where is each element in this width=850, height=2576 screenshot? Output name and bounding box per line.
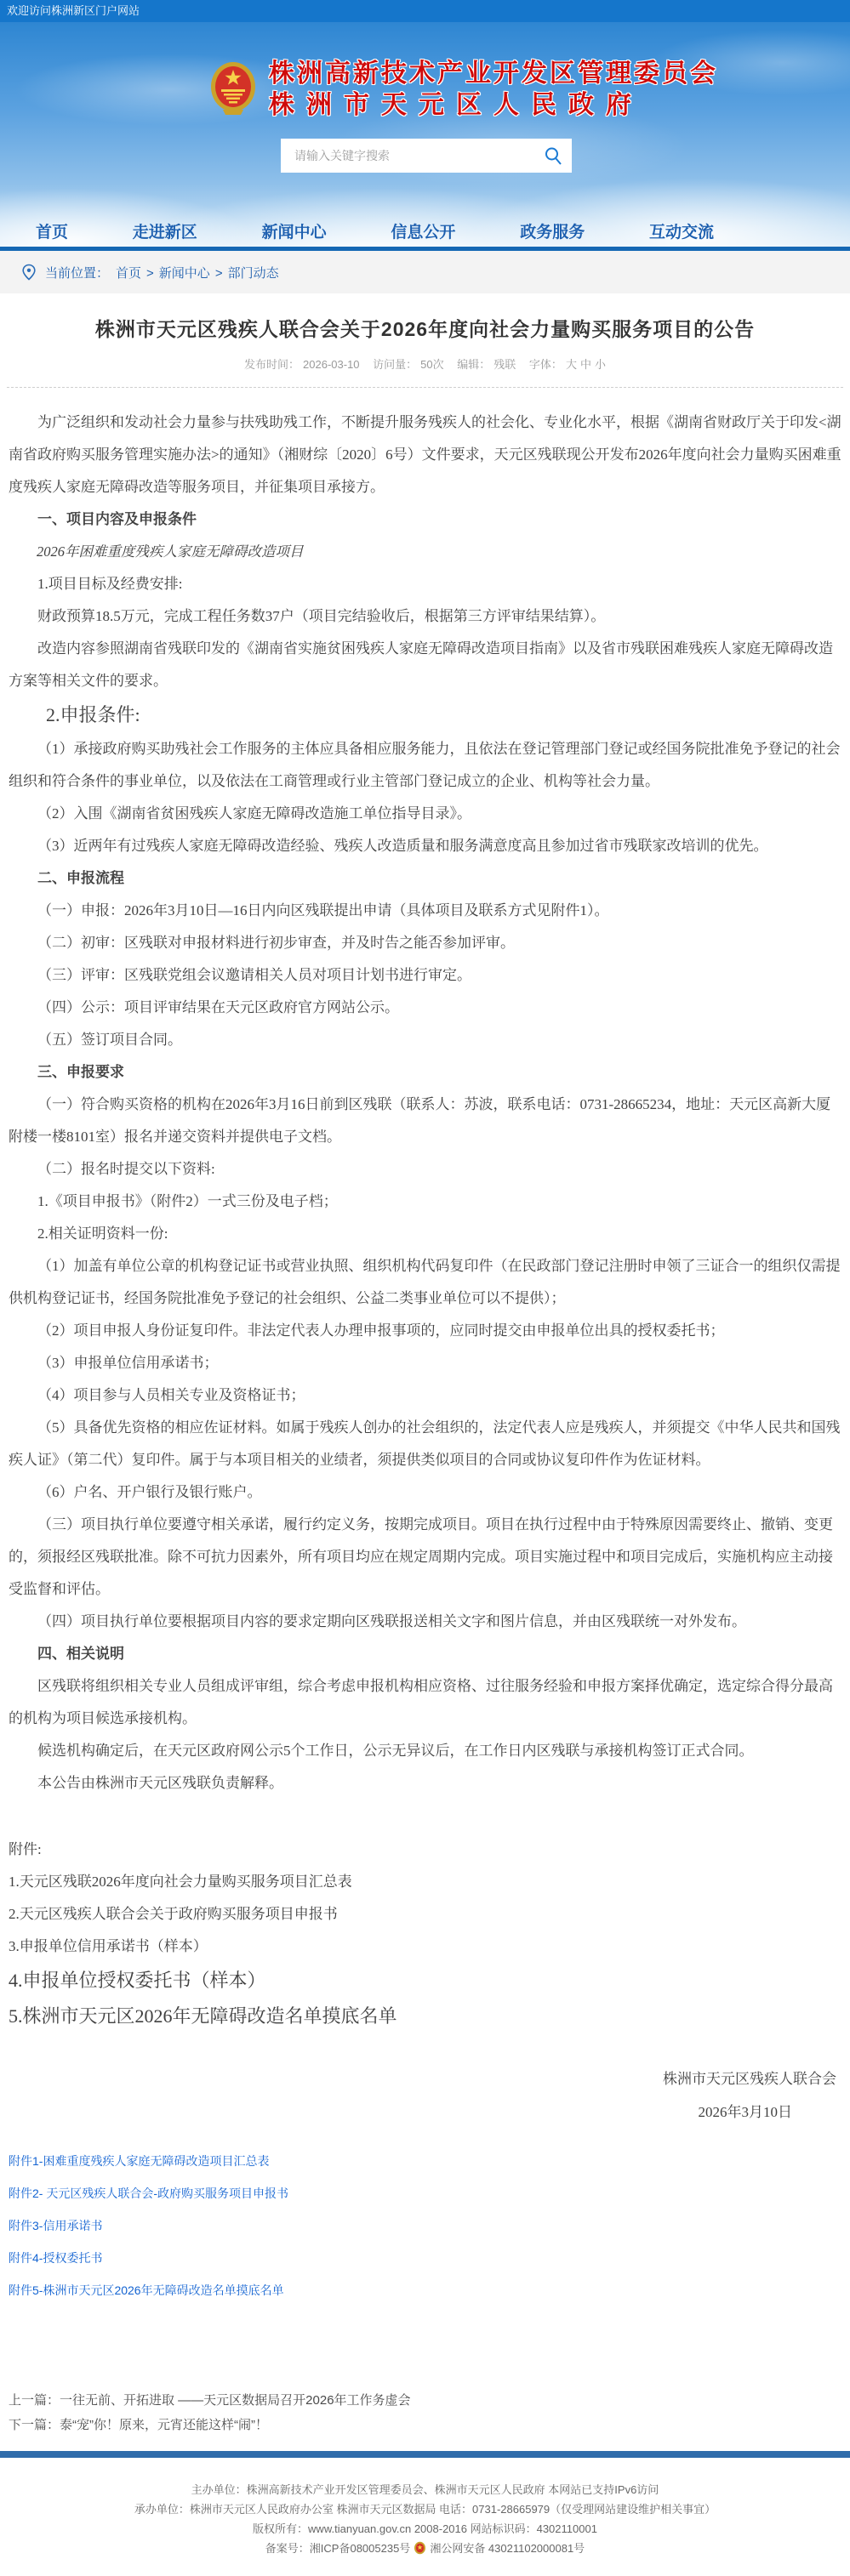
publish-date: 2026-03-10 — [303, 358, 360, 371]
attachment-link[interactable]: 附件4-授权委托书 — [9, 2242, 841, 2274]
article-paragraph: 为广泛组织和发动社会力量参与扶残助残工作，不断提升服务残疾人的社会化、专业化水平… — [9, 407, 841, 503]
editor-value: 残联 — [493, 358, 516, 371]
article-paragraph: 改造内容参照湖南省残联印发的《湖南省实施贫困残疾人家庭无障碍改造项目指南》以及省… — [9, 633, 841, 697]
visits-label: 访问量： — [373, 358, 417, 371]
article-paragraph: 区残联将组织相关专业人员组成评审组，综合考虑申报机构相应资格、过往服务经验和申报… — [9, 1670, 841, 1735]
prev-article-link[interactable]: 一往无前、开拓进取 ——天元区数据局召开2026年工作务虚会 — [60, 2393, 411, 2408]
site-title-line1: 株洲高新技术产业开发区管理委员会 — [269, 58, 718, 89]
nav-item[interactable]: 走进新区 — [133, 219, 197, 242]
article-paragraph: 2.申报条件: — [9, 697, 841, 733]
article-paragraph: 三、申报要求 — [9, 1056, 841, 1089]
nav-item[interactable]: 首页 — [36, 219, 68, 242]
footer-icp-line: 备案号：湘ICP备08005235号 湘公网安备 43021102000081号 — [0, 2539, 850, 2561]
nav-item[interactable]: 政务服务 — [520, 219, 585, 242]
attachment-item: 3.申报单位信用承诺书（样本） — [9, 1931, 841, 1963]
article-paragraph: （6）户名、开户银行及银行账户。 — [9, 1476, 841, 1509]
police-badge-icon — [414, 2541, 426, 2561]
location-pin-icon — [21, 264, 37, 281]
search-icon[interactable] — [543, 145, 563, 166]
attachment-links: 附件1-困难重度残疾人家庭无障碍改造项目汇总表附件2- 天元区残疾人联合会-政府… — [9, 2145, 841, 2306]
site-title-line2: 株洲市天元区人民政府 — [269, 89, 718, 121]
icp-number: 备案号：湘ICP备08005235号 — [265, 2542, 411, 2555]
article-paragraph: （5）具备优先资格的相应佐证材料。如属于残疾人创办的社会组织的，法定代表人应是残… — [9, 1412, 841, 1476]
breadcrumb-link[interactable]: 新闻中心 — [159, 266, 210, 281]
top-welcome-bar: 欢迎访问株洲新区门户网站 — [0, 0, 850, 22]
main-nav: 首页走进新区新闻中心信息公开政务服务互动交流 — [36, 219, 714, 242]
article-body-wrap: 为广泛组织和发动社会力量参与扶残助残工作，不断提升服务残疾人的社会化、专业化水平… — [0, 388, 850, 2437]
breadcrumb: 当前位置： 首页>新闻中心>部门动态 — [0, 251, 850, 293]
article-paragraph: （三）评审：区残联党组会议邀请相关人员对项目计划书进行审定。 — [9, 959, 841, 992]
prev-article-row: 上一篇：一往无前、开拓进取 ——天元区数据局召开2026年工作务虚会 — [9, 2388, 841, 2413]
attachment-item: 5.株洲市天元区2026年无障碍改造名单摸底名单 — [9, 1999, 841, 2034]
security-record-number: 湘公网安备 43021102000081号 — [430, 2542, 585, 2555]
article-meta: 发布时间：2026-03-10 访问量：50次 编辑：残联 字体：大中小 — [0, 355, 850, 372]
attachment-item: 1.天元区残联2026年度向社会力量购买服务项目汇总表 — [9, 1866, 841, 1898]
search-box — [281, 139, 572, 173]
breadcrumb-links: 首页>新闻中心>部门动态 — [116, 264, 279, 281]
article-paragraph: （二）报名时提交以下资料: — [9, 1153, 841, 1186]
font-size-small[interactable]: 小 — [595, 358, 606, 371]
nav-item[interactable]: 信息公开 — [391, 219, 455, 242]
nav-item[interactable]: 互动交流 — [649, 219, 714, 242]
national-emblem-icon — [209, 61, 257, 117]
breadcrumb-separator: > — [215, 266, 223, 281]
signature-date: 2026年3月10日 — [9, 2095, 841, 2130]
footer-lines: 主办单位：株洲高新技术产业开发区管理委员会、株洲市天元区人民政府 本网站已支持I… — [0, 2480, 850, 2539]
article-paragraph: （3）近两年有过残疾人家庭无障碍改造经验、残疾人改造质量和服务满意度高且参加过省… — [9, 830, 841, 862]
signature-org: 株洲市天元区残疾人联合会 — [9, 2063, 841, 2095]
article-head: 株洲市天元区残疾人联合会关于2026年度向社会力量购买服务项目的公告 发布时间：… — [0, 293, 850, 388]
breadcrumb-separator: > — [146, 266, 154, 281]
next-article-row: 下一篇：泰“宠”你！原来，元宵还能这样“闹”！ — [9, 2413, 841, 2437]
article-paragraph: 财政预算18.5万元，完成工程任务数37户（项目完结验收后，根据第三方评审结果结… — [9, 600, 841, 633]
prev-label: 上一篇： — [9, 2393, 60, 2408]
breadcrumb-link[interactable]: 首页 — [116, 266, 141, 281]
article-body: 为广泛组织和发动社会力量参与扶残助残工作，不断提升服务残疾人的社会化、专业化水平… — [9, 407, 841, 1800]
article-paragraph: （一）符合购买资格的机构在2026年3月16日前到区残联（联系人：苏波，联系电话… — [9, 1089, 841, 1153]
publish-label: 发布时间： — [244, 358, 299, 371]
article-paragraph: （一）申报：2026年3月10日—16日内向区残联提出申请（具体项目及联系方式见… — [9, 895, 841, 927]
page-title: 株洲市天元区残疾人联合会关于2026年度向社会力量购买服务项目的公告 — [0, 314, 850, 342]
attachment-item: 4.申报单位授权委托书（样本） — [9, 1963, 841, 1999]
article-paragraph: 1.《项目申报书》（附件2）一式三份及电子档； — [9, 1186, 841, 1218]
attachments-block: 附件: 1.天元区残联2026年度向社会力量购买服务项目汇总表2.天元区残疾人联… — [9, 1834, 841, 2034]
search-input[interactable] — [293, 148, 543, 163]
attachment-link[interactable]: 附件5-株洲市天元区2026年无障碍改造名单摸底名单 — [9, 2274, 841, 2306]
breadcrumb-link[interactable]: 部门动态 — [228, 266, 279, 281]
prev-next-block: 上一篇：一往无前、开拓进取 ——天元区数据局召开2026年工作务虚会 下一篇：泰… — [9, 2388, 841, 2437]
site-header-banner: 株洲高新技术产业开发区管理委员会 株洲市天元区人民政府 首页走进新区新闻中心信息… — [0, 22, 850, 247]
breadcrumb-label: 当前位置： — [45, 264, 109, 281]
signature-block: 株洲市天元区残疾人联合会 2026年3月10日 — [9, 2063, 841, 2130]
attachments-list: 1.天元区残联2026年度向社会力量购买服务项目汇总表2.天元区残疾人联合会关于… — [9, 1866, 841, 2034]
font-label: 字体： — [529, 358, 562, 371]
footer-top-bar — [0, 2451, 850, 2458]
attachment-item: 2.天元区残疾人联合会关于政府购买服务项目申报书 — [9, 1898, 841, 1931]
next-label: 下一篇： — [9, 2418, 60, 2432]
site-brand: 株洲高新技术产业开发区管理委员会 株洲市天元区人民政府 — [209, 58, 718, 121]
footer-line: 主办单位：株洲高新技术产业开发区管理委员会、株洲市天元区人民政府 本网站已支持I… — [0, 2480, 850, 2499]
attachment-link[interactable]: 附件3-信用承诺书 — [9, 2209, 841, 2242]
font-size-large[interactable]: 大 — [566, 358, 577, 371]
editor-label: 编辑： — [457, 358, 490, 371]
site-title-block: 株洲高新技术产业开发区管理委员会 株洲市天元区人民政府 — [269, 58, 718, 121]
article-paragraph: 二、申报流程 — [9, 862, 841, 895]
article-paragraph: （4）项目参与人员相关专业及资格证书； — [9, 1379, 841, 1412]
visits-value: 50次 — [420, 358, 443, 371]
footer-line: 版权所有：www.tianyuan.gov.cn 2008-2016 网站标识码… — [0, 2519, 850, 2539]
article-paragraph: 四、相关说明 — [9, 1638, 841, 1670]
site-footer: 主办单位：株洲高新技术产业开发区管理委员会、株洲市天元区人民政府 本网站已支持I… — [0, 2458, 850, 2576]
attachment-link[interactable]: 附件2- 天元区残疾人联合会-政府购买服务项目申报书 — [9, 2177, 841, 2209]
welcome-text: 欢迎访问株洲新区门户网站 — [7, 4, 140, 17]
attachments-title: 附件: — [9, 1834, 841, 1866]
attachment-link[interactable]: 附件1-困难重度残疾人家庭无障碍改造项目汇总表 — [9, 2145, 841, 2177]
article-paragraph: （3）申报单位信用承诺书； — [9, 1347, 841, 1379]
article-paragraph: （1）加盖有单位公章的机构登记证书或营业执照、组织机构代码复印件（在民政部门登记… — [9, 1250, 841, 1315]
article-paragraph: 2026年困难重度残疾人家庭无障碍改造项目 — [9, 536, 841, 568]
article-paragraph: （五）签订项目合同。 — [9, 1024, 841, 1056]
article-paragraph: 候选机构确定后，在天元区政府网公示5个工作日，公示无异议后，在工作日内区残联与承… — [9, 1735, 841, 1767]
font-size-medium[interactable]: 中 — [580, 358, 591, 371]
article-paragraph: （二）初审：区残联对申报材料进行初步审查，并及时告之能否参加评审。 — [9, 927, 841, 959]
nav-item[interactable]: 新闻中心 — [262, 219, 327, 242]
article-paragraph: 2.相关证明资料一份: — [9, 1218, 841, 1250]
article-paragraph: （四）公示：项目评审结果在天元区政府官方网站公示。 — [9, 992, 841, 1024]
footer-line: 承办单位：株洲市天元区人民政府办公室 株洲市天元区数据局 电话：0731-286… — [0, 2499, 850, 2519]
article-paragraph: 一、项目内容及申报条件 — [9, 503, 841, 536]
article-paragraph: （四）项目执行单位要根据项目内容的要求定期向区残联报送相关文字和图片信息，并由区… — [9, 1606, 841, 1638]
article-paragraph: （三）项目执行单位要遵守相关承诺，履行约定义务，按期完成项目。项目在执行过程中由… — [9, 1509, 841, 1606]
article-paragraph: （1）承接政府购买助残社会工作服务的主体应具备相应服务能力，且依法在登记管理部门… — [9, 733, 841, 798]
article-paragraph: （2）项目申报人身份证复印件。非法定代表人办理申报事项的，应同时提交由申报单位出… — [9, 1315, 841, 1347]
article-paragraph: 1.项目目标及经费安排: — [9, 568, 841, 600]
article-paragraph: 本公告由株洲市天元区残联负责解释。 — [9, 1767, 841, 1800]
article-paragraph: （2）入围《湖南省贫困残疾人家庭无障碍改造施工单位指导目录》。 — [9, 798, 841, 830]
next-article-link[interactable]: 泰“宠”你！原来，元宵还能这样“闹”！ — [60, 2418, 268, 2432]
